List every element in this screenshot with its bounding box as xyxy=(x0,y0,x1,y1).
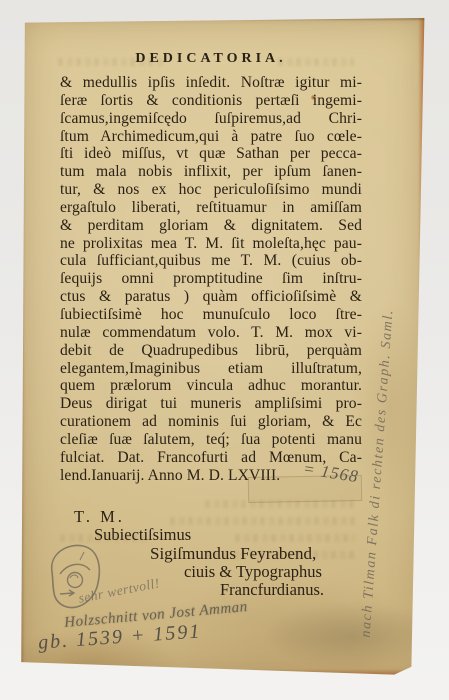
page-edge-shadow xyxy=(20,18,426,21)
body-line: curationem ad nominis ſui gloriam, & Ec xyxy=(60,413,362,431)
signature-line: Francfurdianus. xyxy=(220,580,324,600)
show-through-text xyxy=(170,517,355,525)
body-line: tur, & nos ex hoc periculoſiſsimo mundi xyxy=(60,181,362,199)
photo-backdrop: DEDICATORIA. & medullis ipſis inſedit. N… xyxy=(0,0,449,700)
body-line: ſti ideò miſſus, vt quæ Sathan per pecca… xyxy=(60,145,362,163)
body-line: elegantem,Imaginibus etiam illuſtratum, xyxy=(60,360,362,378)
pencil-margin-note-text: nach Tilman Falk di rechten des Graph. S… xyxy=(359,23,418,638)
show-through-text xyxy=(235,534,355,542)
body-line: cleſiæ ſuæ ſalutem, teq́; ſua potenti ma… xyxy=(60,431,362,449)
collector-mark-sketch xyxy=(40,538,110,622)
body-line: ergaſtulo liberati, reſtituamur in amiſſ… xyxy=(60,199,362,217)
pencil-dates-note: gb. 1539 + 1591 xyxy=(37,620,202,654)
pencil-margin-note: nach Tilman Falk di rechten des Graph. S… xyxy=(359,23,438,639)
red-page-edge xyxy=(418,18,426,676)
red-page-edge xyxy=(20,669,426,676)
body-line: tum mala nobis inflixit, per ipſum ſanen… xyxy=(60,163,362,181)
body-line: debit de Quadrupedibus librū, perquàm xyxy=(60,342,362,360)
body-line: quem prælorum vincula adhuc morantur. xyxy=(60,377,362,395)
body-line: ſcamus,ingemiſcędo ſuſpiremus,ad Chri- xyxy=(60,110,362,128)
body-line: ſubiectiſsimè hoc munuſculo loco ſtre- xyxy=(60,306,362,324)
body-line: & medullis ipſis inſedit. Noſtræ igitur … xyxy=(60,74,362,92)
page-edge-shadow xyxy=(20,18,25,676)
signature-line: ciuis & Typographus xyxy=(184,562,322,582)
body-line: ctus & paratus ) quàm officioſiſsimè & xyxy=(60,288,362,306)
body-line: ſtum Archimedicum,qui à patre ſuo cœle- xyxy=(60,128,362,146)
body-line: ne prolixitas mea T. M. ſit moleſta,hęc … xyxy=(60,235,362,253)
body-line: Deus dirigat tui muneris ampliſsimi pro- xyxy=(60,395,362,413)
body-line: ſequijs omni promptitudine ſim inſtru- xyxy=(60,270,362,288)
body-line: & perditam gloriam & dignitatem. Sed xyxy=(60,217,362,235)
document-leaf: DEDICATORIA. & medullis ipſis inſedit. N… xyxy=(20,18,426,676)
body-line: cula ſufficiant,quibus me T. M. (cuius o… xyxy=(60,252,362,270)
page-heading: DEDICATORIA. xyxy=(60,51,362,67)
signature-name: Sigiſmundus Feyrabend, xyxy=(150,544,316,564)
body-text: & medullis ipſis inſedit. Noſtræ igitur … xyxy=(60,74,362,484)
body-line: nulæ commendatum volo. T. M. mox vi- xyxy=(60,324,362,342)
signature-salutation: T. M. xyxy=(74,507,125,527)
erased-pencil-smudge xyxy=(265,603,440,668)
body-line: ſeræ ſortis & conditionis pertæſi ingemi… xyxy=(60,92,362,110)
